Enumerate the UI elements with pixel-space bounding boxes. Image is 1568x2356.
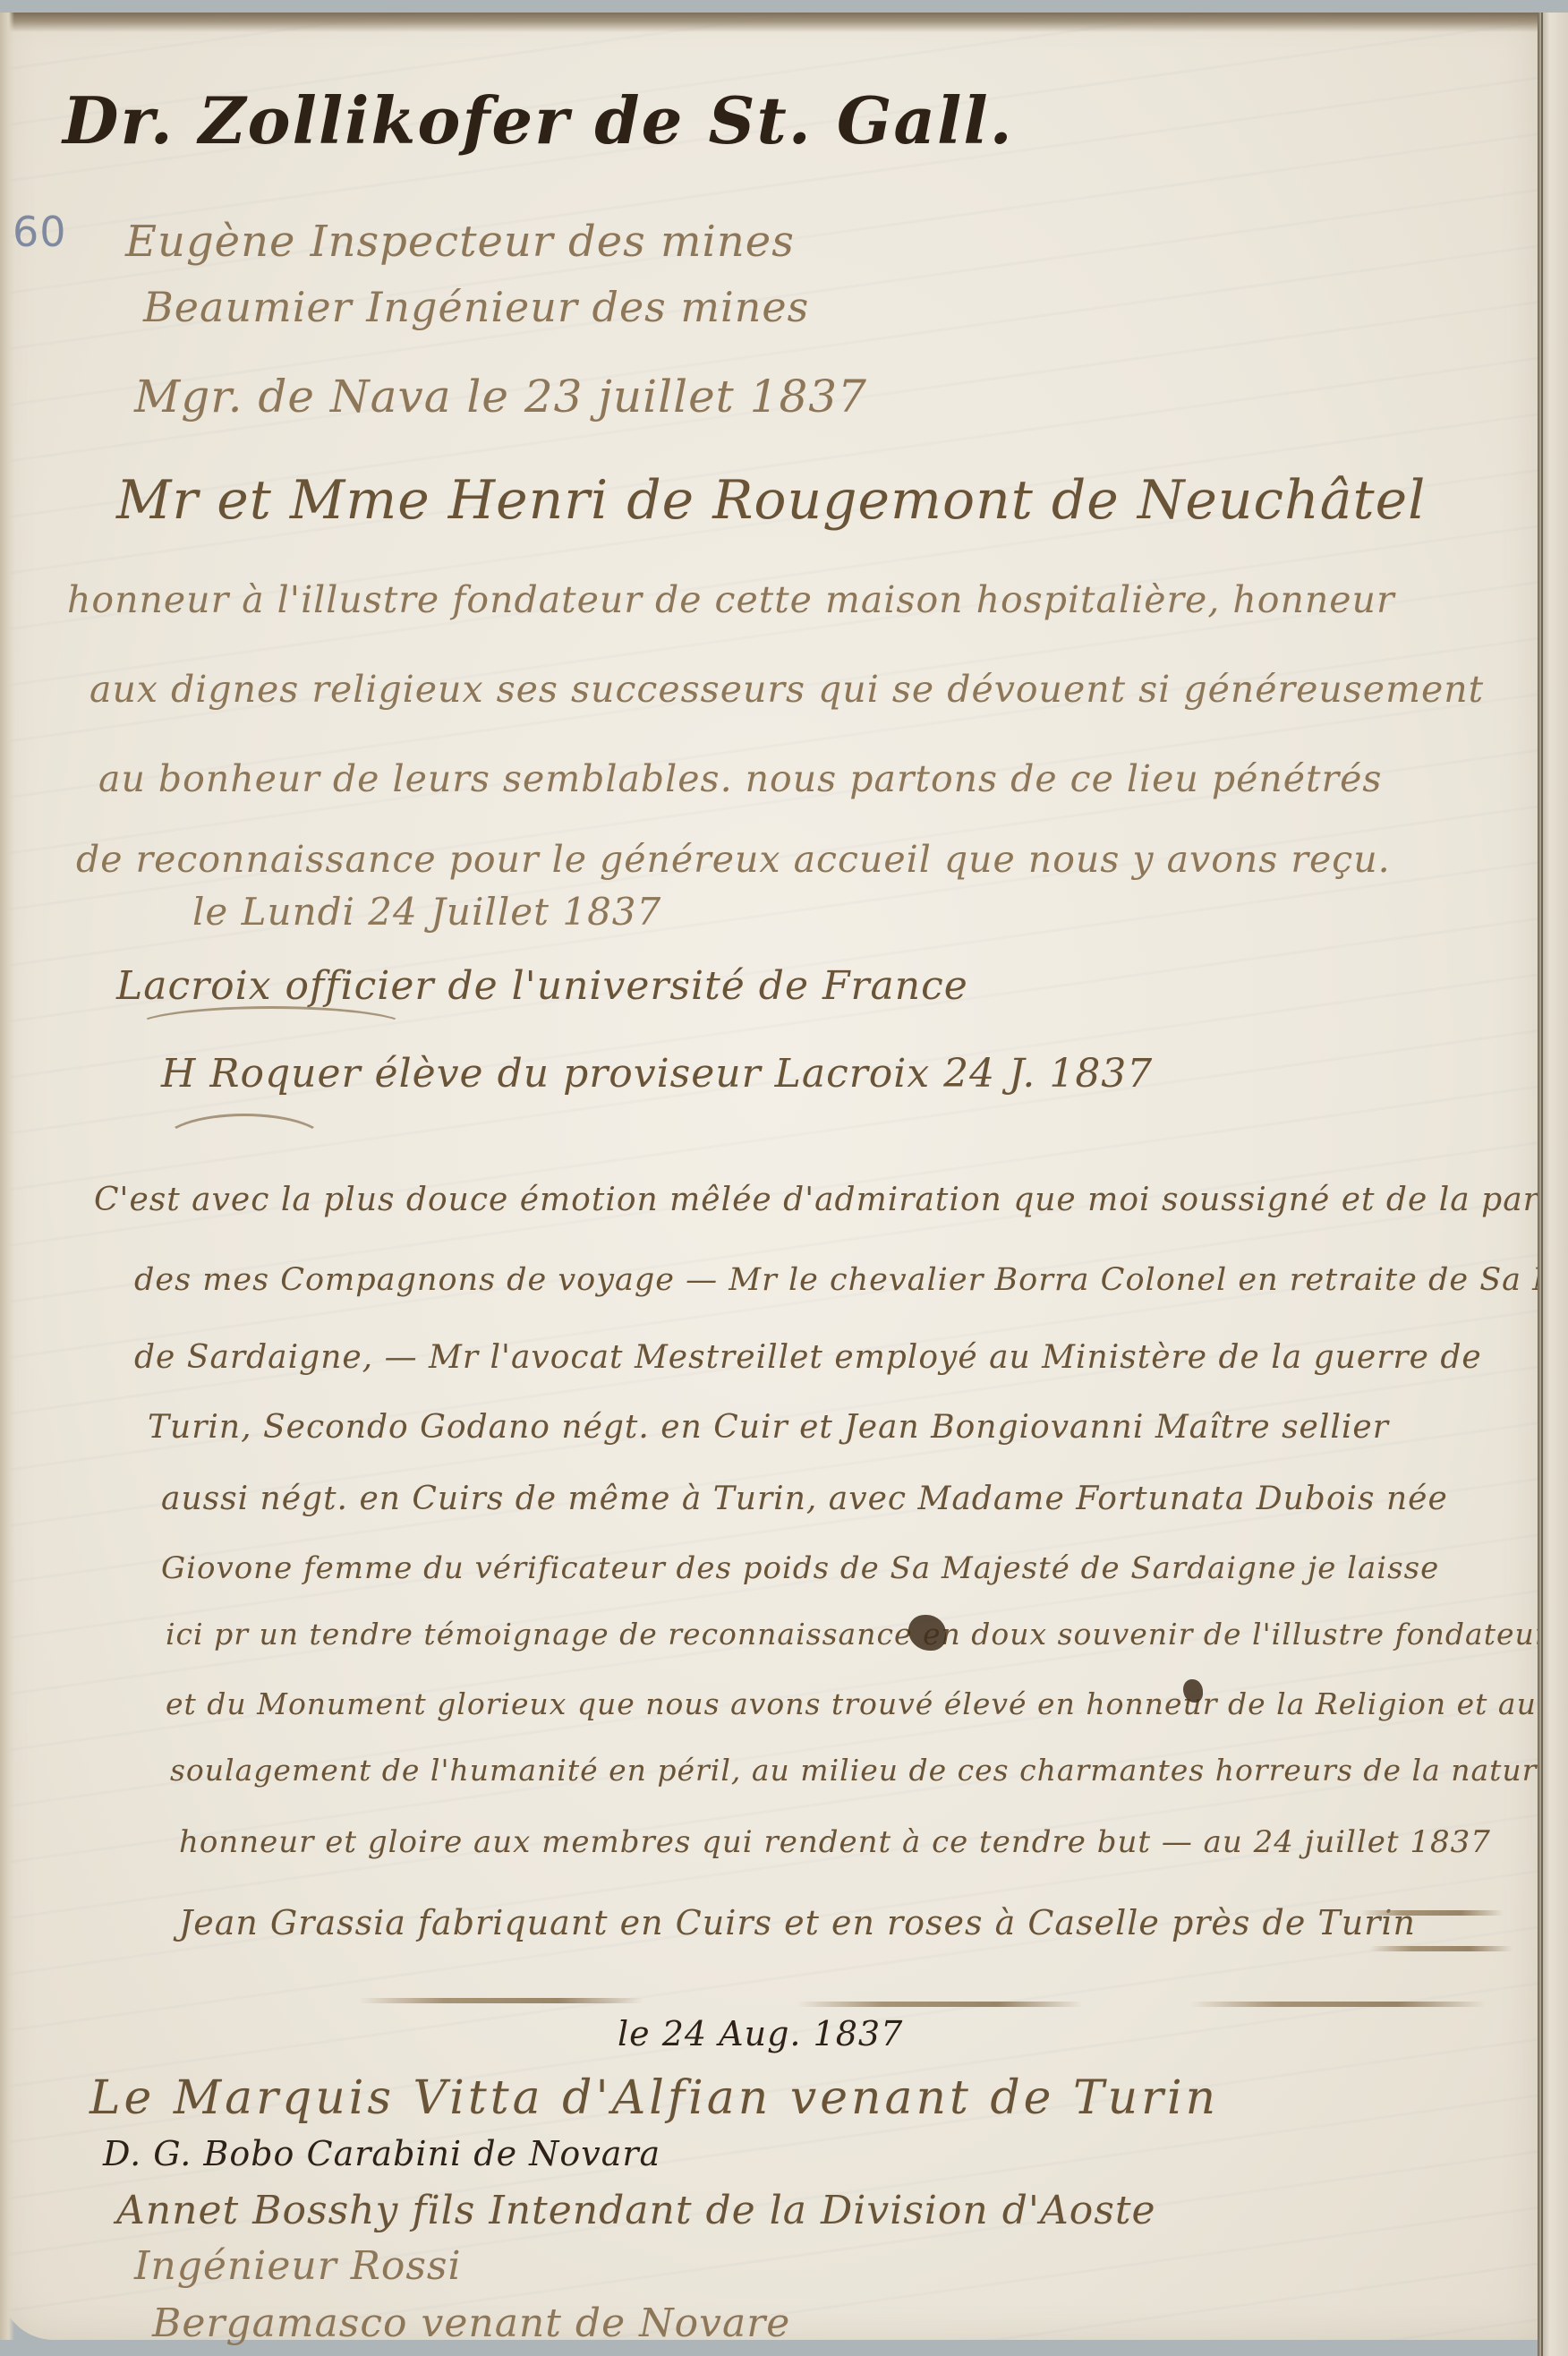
entry-party-line-6: Giovone femme du vérificateur des poids … [161, 1550, 1439, 1586]
gutter-line [1541, 13, 1543, 2356]
manuscript-page: Dr. Zollikofer de St. Gall. 60 Eugène In… [0, 13, 1538, 2340]
entry-aug-date: le 24 Aug. 1837 [618, 2014, 903, 2053]
entry-party-line-5: aussi négt. en Cuirs de même à Turin, av… [161, 1481, 1448, 1517]
page-left-edge [0, 13, 14, 2340]
entry-party-line-8: et du Monument glorieux que nous avons t… [166, 1686, 1537, 1721]
ink-rule-1 [1360, 1910, 1504, 1916]
entry-lacroix: Lacroix officier de l'université de Fran… [116, 963, 968, 1009]
entry-nava: Mgr. de Nava le 23 juillet 1837 [134, 371, 867, 423]
entry-beaumier: Beaumier Ingénieur des mines [143, 283, 809, 331]
entry-marquis-vitta: Le Marquis Vitta d'Alfian venant de Turi… [89, 2071, 1219, 2125]
entry-rougemont-date: le Lundi 24 Juillet 1837 [192, 890, 661, 934]
ink-rule-4 [797, 2002, 1083, 2007]
entry-rougemont-line-1: honneur à l'illustre fondateur de cette … [67, 578, 1395, 621]
ink-bleed-through [0, 13, 1538, 2340]
entry-bobo-carabini: D. G. Bobo Carabini de Novara [103, 2134, 660, 2173]
entry-header-zollikofer: Dr. Zollikofer de St. Gall. [63, 82, 1014, 158]
entry-grassia-signature: Jean Grassia fabriquant en Cuirs et en r… [179, 1903, 1416, 1942]
signature-flourish [134, 1006, 408, 1047]
paraph-flourish [161, 1114, 328, 1173]
entry-party-line-2: des mes Compagnons de voyage — Mr le che… [134, 1262, 1568, 1298]
entry-bergamasco: Bergamasco venant de Novare [152, 2301, 790, 2346]
entry-eugene: Eugène Inspecteur des mines [125, 217, 795, 267]
entry-rougemont-line-4: de reconnaissance pour le généreux accue… [76, 838, 1391, 881]
entry-party-line-10: honneur et gloire aux membres qui renden… [179, 1824, 1491, 1860]
entry-roquer: H Roquer élève du proviseur Lacroix 24 J… [161, 1051, 1153, 1097]
entry-party-line-9: soulagement de l'humanité en péril, au m… [170, 1753, 1555, 1788]
ink-rule-3 [358, 1998, 644, 2003]
entry-ingenieur-rossi: Ingénieur Rossi [134, 2243, 462, 2289]
entry-bosshy-intendant: Annet Bosshy fils Intendant de la Divisi… [116, 2188, 1156, 2233]
manuscript-scan: Dr. Zollikofer de St. Gall. 60 Eugène In… [0, 0, 1568, 2356]
entry-party-line-1: C'est avec la plus douce émotion mêlée d… [94, 1182, 1553, 1218]
entry-party-line-3: de Sardaigne, — Mr l'avocat Mestreillet … [134, 1339, 1482, 1376]
entry-party-line-7: ici pr un tendre témoignage de reconnais… [166, 1617, 1550, 1652]
entry-rougemont: Mr et Mme Henri de Rougemont de Neuchâte… [116, 469, 1426, 532]
ink-blot-2 [1183, 1679, 1203, 1703]
ink-rule-2 [1369, 1946, 1513, 1951]
worn-top-edge [0, 13, 1538, 32]
ink-rule-5 [1190, 2002, 1486, 2007]
entry-party-line-4: Turin, Secondo Godano négt. en Cuir et J… [148, 1409, 1389, 1446]
page-number-pencil: 60 [13, 208, 67, 256]
entry-rougemont-line-2: aux dignes religieux ses successeurs qui… [89, 668, 1484, 711]
entry-rougemont-line-3: au bonheur de leurs semblables. nous par… [98, 757, 1382, 800]
